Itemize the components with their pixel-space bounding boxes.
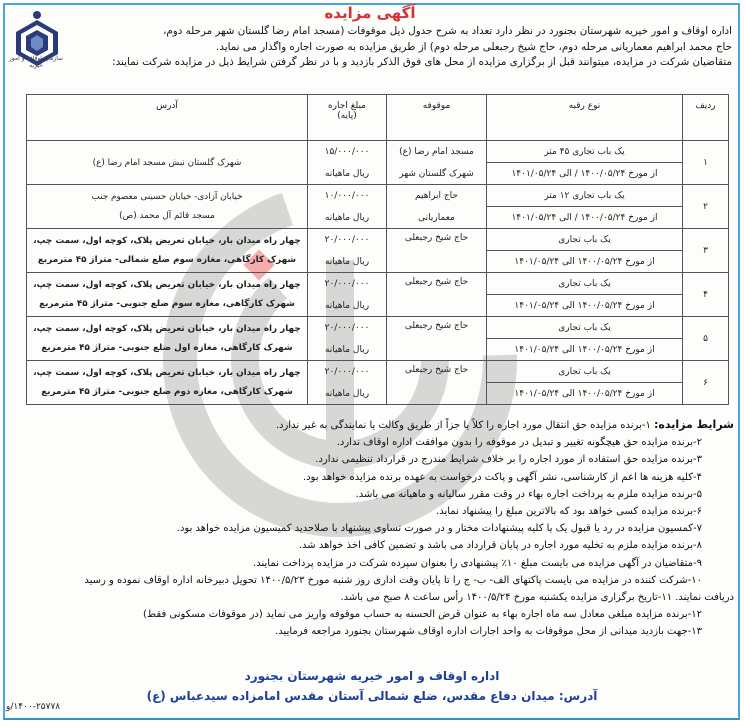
condition-text: ۱-برنده مزایده حق انتقال مورد اجاره را ک… [276, 420, 651, 431]
condition-item: ۱۰-شرکت کننده در مزایده می بایست پاکتهای… [14, 572, 734, 589]
condition-item: ۱۳-جهت بازدید میدانی از محل موقوفات به و… [14, 623, 734, 640]
intro-paragraph: اداره اوقاف و امور خیریه شهرستان بجنورد … [72, 24, 732, 71]
table-row: ۳ یک باب تجاری حاج شیخ رجبعلی ۲۰/۰۰۰/۰۰۰… [27, 229, 729, 251]
address-line: مسجد قائم آل محمد (ص) [30, 211, 304, 221]
property-type: یک باب تجاری [487, 361, 683, 383]
condition-item: ۳-برنده مزایده حق استفاده از مورد اجاره … [14, 451, 734, 468]
intro-line: اداره اوقاف و امور خیریه شهرستان بجنورد … [72, 24, 732, 40]
endowment-cell: حاج شیخ رجبعلی [387, 317, 487, 361]
header-base-rent-line: مبلغ اجاره [311, 101, 383, 111]
endowment-name: حاج ابراهیم [390, 191, 483, 201]
base-rent-amount: ۱۵/۰۰۰/۰۰۰ [311, 147, 383, 157]
base-rent-amount: ۲۰/۰۰۰/۰۰۰ [311, 235, 383, 245]
condition-item: شرایط مزایده: ۱-برنده مزایده حق انتقال م… [14, 416, 734, 434]
base-rent-cell: ۲۰/۰۰۰/۰۰۰ریال ماهیانه [308, 229, 387, 273]
condition-item: ۷-کمسیون مزایده در رد یا قبول یک یا کلیه… [14, 520, 734, 537]
row-number: ۴ [683, 273, 729, 317]
condition-item: دریافت نمایند. ۱۱-تاریخ برگزاری مزایده ی… [14, 589, 734, 606]
base-rent-amount: ۲۰/۰۰۰/۰۰۰ [311, 367, 383, 377]
endowment-cell: مسجد امام رضا (ع)شهرک گلستان شهر [387, 141, 487, 185]
condition-item: ۹-متقاضیان در آگهی مزایده می بایست مبلغ … [14, 555, 734, 572]
condition-item: ۶-برنده مزایده کسی خواهد بود که بالاترین… [14, 503, 734, 520]
auction-conditions: شرایط مزایده: ۱-برنده مزایده حق انتقال م… [14, 416, 734, 641]
address-line: شهرک کارگاهی، مغازه دوم ضلع جنوبی- متراژ… [30, 387, 304, 397]
address-line: شهرک کارگاهی، مغازه سوم ضلع جنوبی- متراژ… [30, 299, 304, 309]
base-rent-unit: ریال ماهیانه [311, 301, 383, 311]
row-number: ۲ [683, 185, 729, 229]
auction-table: ردیف نوع رقبه موقوفه مبلغ اجاره (پایه) آ… [26, 94, 729, 405]
row-number: ۳ [683, 229, 729, 273]
base-rent-amount: ۲۰/۰۰۰/۰۰۰ [311, 279, 383, 289]
row-number: ۵ [683, 317, 729, 361]
address-line: خیابان آزادی- خیابان حسینی معصوم جنب [30, 192, 304, 202]
header-row-number: ردیف [683, 95, 729, 141]
footer-org-name: اداره اوقاف و امور خیریه شهرستان بجنورد [0, 666, 744, 686]
property-type: یک باب تجاری ۱۲ متر [487, 185, 683, 207]
base-rent-unit: ریال ماهیانه [311, 345, 383, 355]
lease-period: از مورخ ۱۴۰۰/۰۵/۲۴ الی ۱۴۰۱/۰۵/۲۴ [487, 251, 683, 273]
header-endowment: موقوفه [387, 95, 487, 141]
table-row: ۴ یک باب تجاری حاج شیخ رجبعلی ۲۰/۰۰۰/۰۰۰… [27, 273, 729, 295]
address-cell: خیابان آزادی- خیابان حسینی معصوم جنبمسجد… [27, 185, 308, 229]
footer: اداره اوقاف و امور خیریه شهرستان بجنورد … [0, 666, 744, 706]
notice-code: ۱۴۰۰-۲۵۷۷۸/و [6, 702, 60, 712]
endowment-cell: حاج شیخ رجبعلی [387, 361, 487, 405]
table-row: ۱ یک باب تجاری ۴۵ متر مسجد امام رضا (ع)ش… [27, 141, 729, 163]
endowment-name: مسجد امام رضا (ع) [390, 147, 483, 157]
base-rent-cell: ۱۵/۰۰۰/۰۰۰ریال ماهیانه [308, 141, 387, 185]
address-line: چهار راه میدان بار، خیابان تعریض پلاک، ک… [30, 368, 304, 378]
condition-item: ۴-کلیه هزینه ها اعم از کارشناسی، نشر آگه… [14, 469, 734, 486]
endowment-cell: حاج ابراهیممعماریانی [387, 185, 487, 229]
header-base-rent-line: (پایه) [311, 111, 383, 121]
table-header-row: ردیف نوع رقبه موقوفه مبلغ اجاره (پایه) آ… [27, 95, 729, 141]
base-rent-cell: ۲۰/۰۰۰/۰۰۰ریال ماهیانه [308, 317, 387, 361]
endowment-name: شهرک گلستان شهر [390, 169, 483, 179]
notice-title: آگهی مزایده [290, 4, 450, 22]
header-property-type: نوع رقبه [487, 95, 683, 141]
base-rent-cell: ۲۰/۰۰۰/۰۰۰ریال ماهیانه [308, 273, 387, 317]
row-number: ۶ [683, 361, 729, 405]
base-rent-cell: ۱۰/۰۰۰/۰۰۰ریال ماهیانه [308, 185, 387, 229]
base-rent-cell: ۲۰/۰۰۰/۰۰۰ریال ماهیانه [308, 361, 387, 405]
address-cell: چهار راه میدان بار، خیابان تعریض پلاک، ک… [27, 229, 308, 273]
base-rent-amount: ۱۰/۰۰۰/۰۰۰ [311, 191, 383, 201]
address-cell: چهار راه میدان بار، خیابان تعریض پلاک، ک… [27, 361, 308, 405]
address-line: چهار راه میدان بار، خیابان تعریض پلاک، ک… [30, 324, 304, 334]
lease-period: از مورخ ۱۴۰۰/۰۵/۲۴ الی ۱۴۰۱/۰۵/۲۴ [487, 339, 683, 361]
condition-item: ۵-برنده مزایده ملزم به پرداخت اجاره بهاء… [14, 486, 734, 503]
intro-line: حاج محمد ابراهیم معماریانی مرحله دوم، حا… [72, 40, 732, 56]
row-number: ۱ [683, 141, 729, 185]
address-line: شهرک کارگاهی، مغازه اول ضلع جنوبی- متراژ… [30, 343, 304, 353]
base-rent-unit: ریال ماهیانه [311, 257, 383, 267]
address-line: شهرک کارگاهی، مغازه سوم ضلع شمالی- متراژ… [30, 255, 304, 265]
intro-line: متقاضیان شرکت در مزایده، میتوانند قبل از… [72, 55, 732, 71]
lease-period: از مورخ ۱۴۰۰/۰۵/۲۴ الی ۱۴۰۱/۰۵/۲۴ [487, 295, 683, 317]
endowment-name: معماریانی [390, 213, 483, 223]
lease-period: از مورخ ۱۴۰۰/۰۵/۲۴ الی ۱۴۰۱/۰۵/۲۴ [487, 383, 683, 405]
address-cell: چهار راه میدان بار، خیابان تعریض پلاک، ک… [27, 273, 308, 317]
address-line: چهار راه میدان بار، خیابان تعریض پلاک، ک… [30, 280, 304, 290]
property-type: یک باب تجاری [487, 273, 683, 295]
property-type: یک باب تجاری [487, 317, 683, 339]
base-rent-unit: ریال ماهیانه [311, 213, 383, 223]
property-type: یک باب تجاری ۴۵ متر [487, 141, 683, 163]
condition-item: ۱۲-برنده مزایده مبلغی معادل سه ماه اجاره… [14, 606, 734, 623]
base-rent-unit: ریال ماهیانه [311, 389, 383, 399]
auction-notice-page: سازمان اوقاف و امور خیریه آگهی مزایده اد… [0, 0, 744, 727]
table-row: ۲ یک باب تجاری ۱۲ متر حاج ابراهیممعماریا… [27, 185, 729, 207]
base-rent-amount: ۲۰/۰۰۰/۰۰۰ [311, 323, 383, 333]
lease-period: از مورخ ۱۴۰۰/۰۵/۲۴ / الی ۱۴۰۱/۰۵/۲۴ [487, 207, 683, 229]
table-row: ۶ یک باب تجاری حاج شیخ رجبعلی ۲۰/۰۰۰/۰۰۰… [27, 361, 729, 383]
header-address: آدرس [27, 95, 308, 141]
endowment-cell: حاج شیخ رجبعلی [387, 273, 487, 317]
table-row: ۵ یک باب تجاری حاج شیخ رجبعلی ۲۰/۰۰۰/۰۰۰… [27, 317, 729, 339]
header-base-rent: مبلغ اجاره (پایه) [308, 95, 387, 141]
address-cell: چهار راه میدان بار، خیابان تعریض پلاک، ک… [27, 317, 308, 361]
condition-item: ۲-برنده مزایده حق هیچگونه تغییر و تبدیل … [14, 434, 734, 451]
condition-item: ۸-برنده مزایده ملزم به تخلیه مورد اجاره … [14, 537, 734, 554]
base-rent-unit: ریال ماهیانه [311, 169, 383, 179]
property-type: یک باب تجاری [487, 229, 683, 251]
address-line: شهرک گلستان نبش مسجد امام رضا (ع) [30, 158, 304, 168]
footer-address: آدرس: میدان دفاع مقدس، ضلع شمالی آستان م… [0, 686, 744, 706]
endowment-cell: حاج شیخ رجبعلی [387, 229, 487, 273]
address-cell: شهرک گلستان نبش مسجد امام رضا (ع) [27, 141, 308, 185]
lease-period: از مورخ ۱۴۰۰/۰۵/۲۴ / الی ۱۴۰۱/۰۵/۲۴ [487, 163, 683, 185]
logo-caption: سازمان اوقاف و امور خیریه [6, 55, 66, 69]
conditions-label: شرایط مزایده: [654, 418, 734, 431]
address-line: چهار راه میدان بار، خیابان تعریض پلاک، ک… [30, 236, 304, 246]
